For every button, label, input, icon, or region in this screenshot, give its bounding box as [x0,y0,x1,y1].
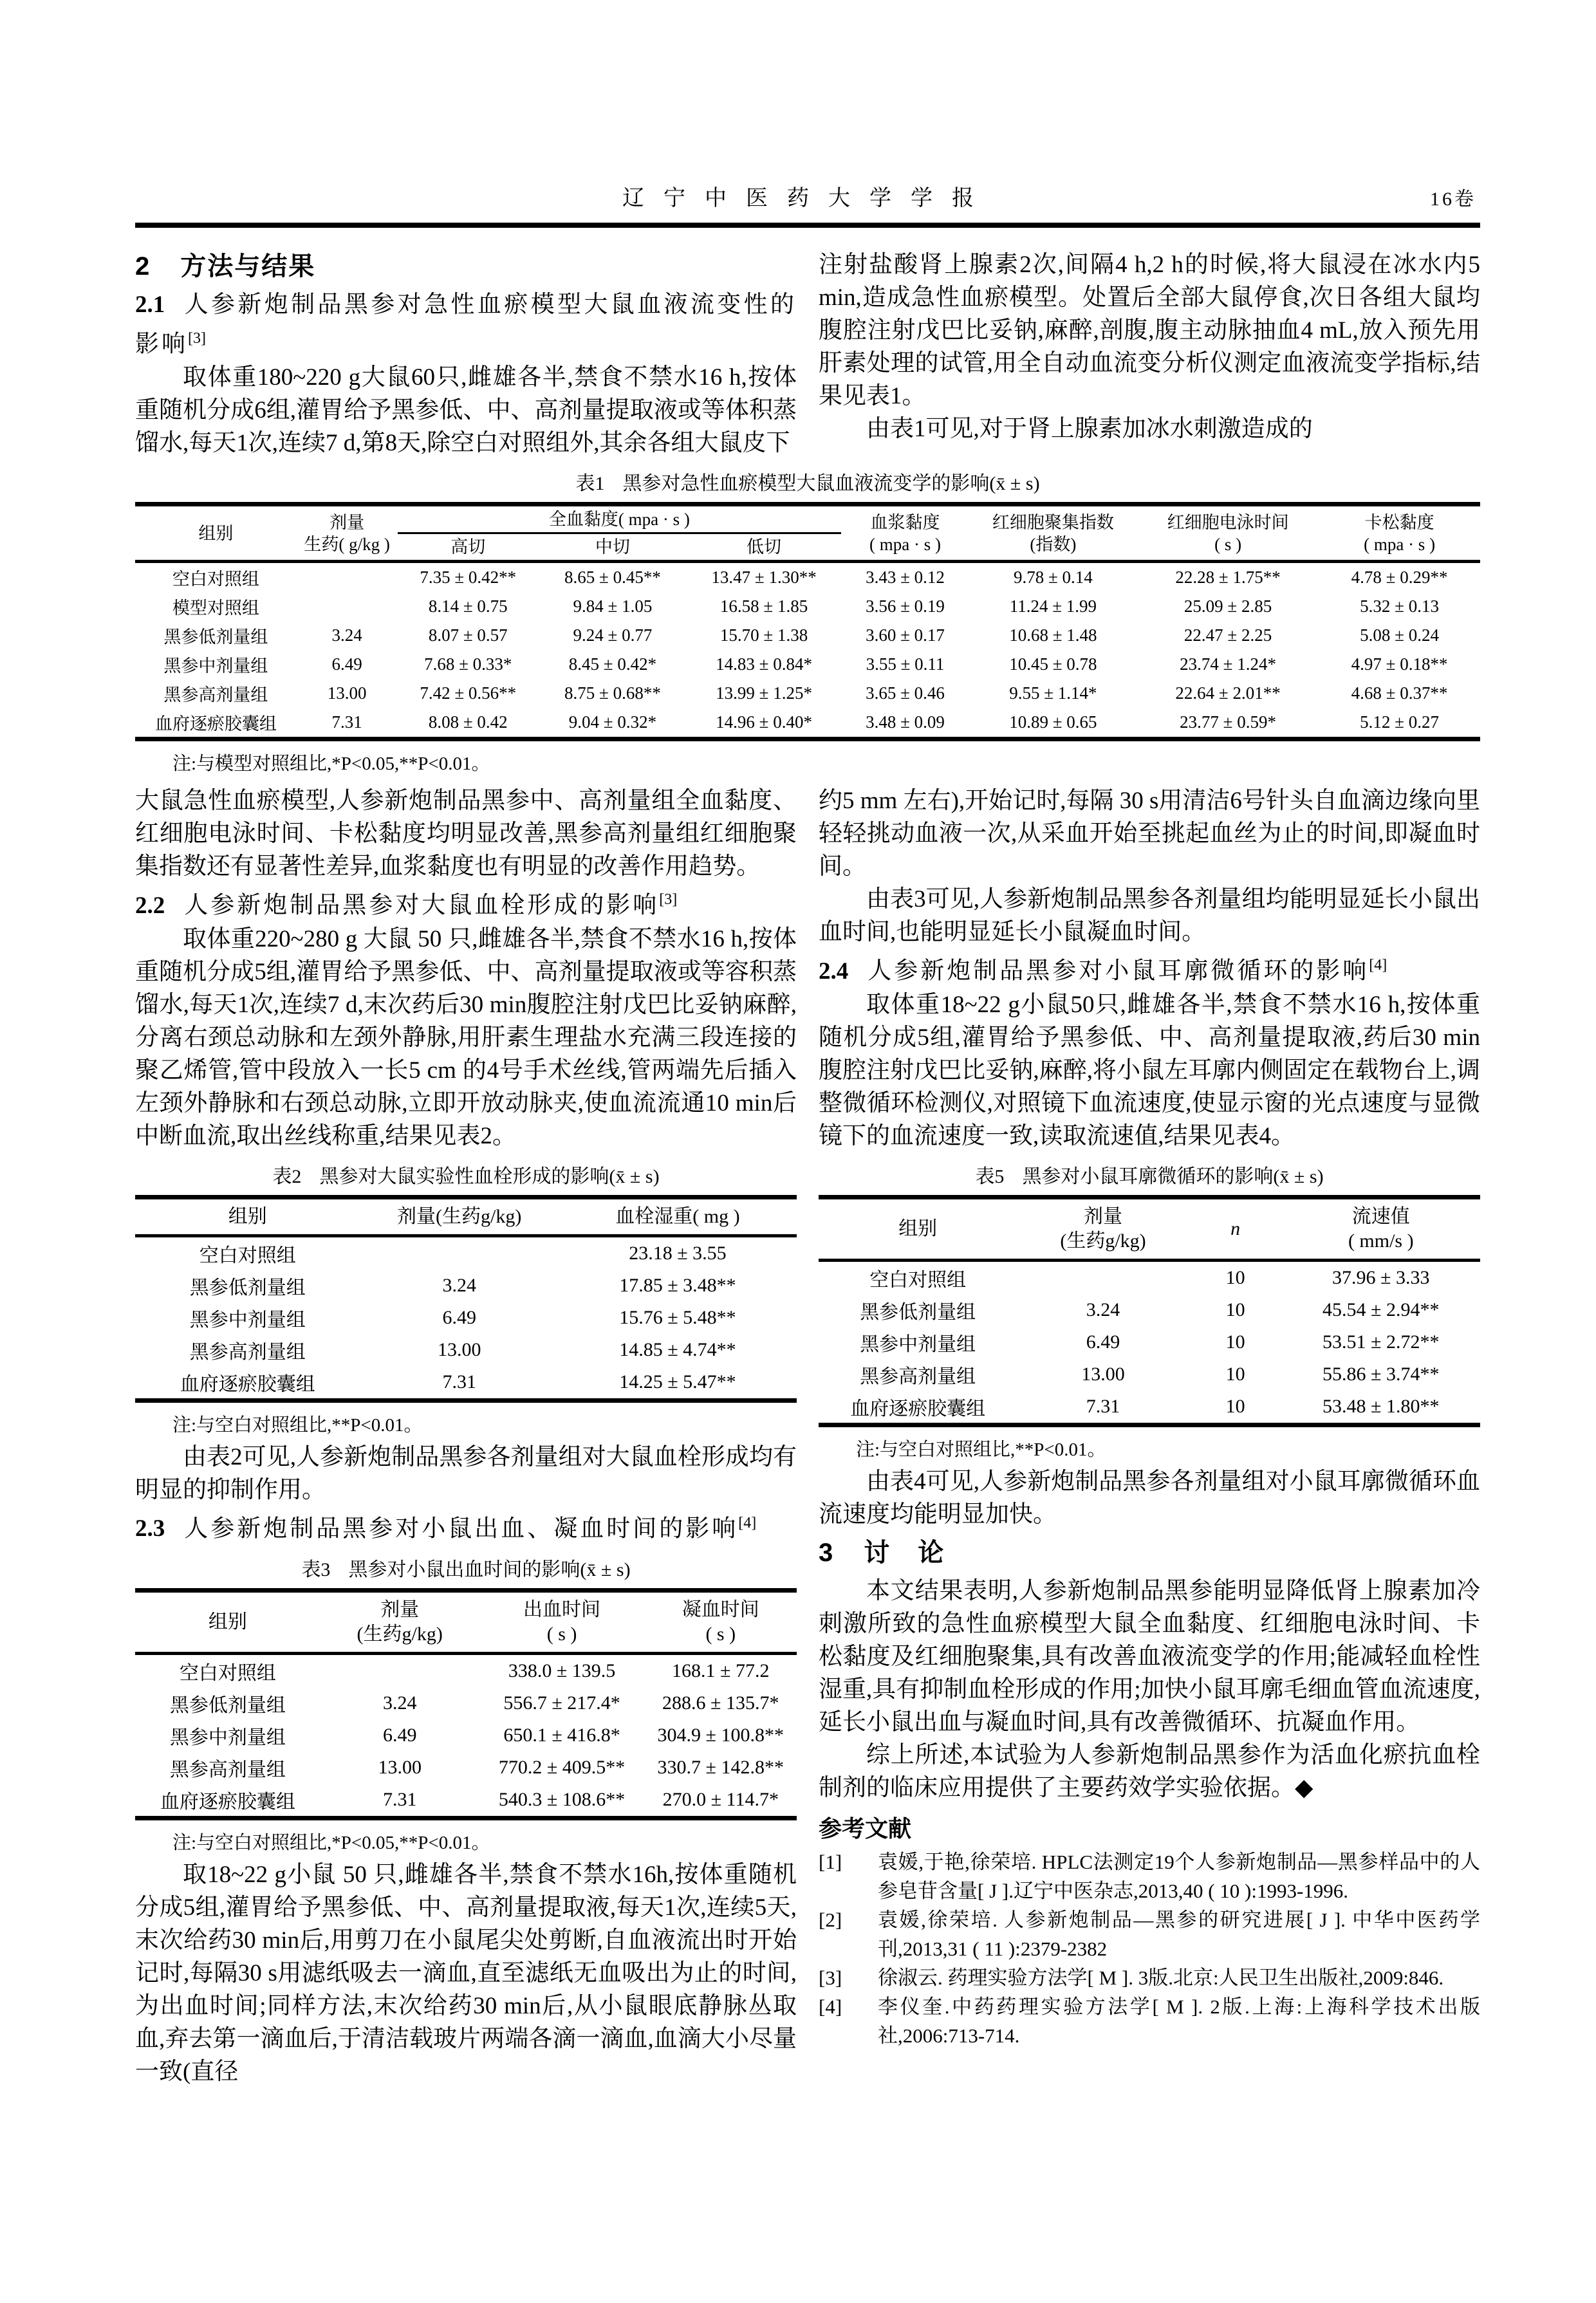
citation-marker: [3] [188,330,206,347]
header-line: ( mm/s ) [1285,1229,1478,1253]
cell: 14.25 ± 5.47** [559,1366,797,1401]
cell: 8.75 ± 0.68** [539,679,687,708]
cell: 7.31 [1017,1391,1189,1425]
cell [320,1653,479,1687]
cell: 黑参高剂量组 [135,1752,320,1784]
cell: 8.14 ± 0.75 [398,592,539,621]
cell: 9.84 ± 1.05 [539,592,687,621]
cell: 770.2 ± 409.5** [479,1752,645,1784]
col-header-clotting-time: 凝血时间( s ) [645,1590,797,1653]
col-header-dose: 剂量(生药g/kg) [360,1197,559,1235]
table-row: 血府逐瘀胶囊组7.3114.25 ± 5.47** [135,1366,797,1401]
volume-number: 16卷 [1430,183,1476,211]
cell: 黑参高剂量组 [135,1334,360,1366]
col-header-whole-blood-viscosity: 全血黏度( mpa · s ) [398,504,842,533]
cell: 556.7 ± 217.4* [479,1687,645,1719]
table3-block: 表3黑参对小鼠出血时间的影响(x̄ ± s) 组别 剂量(生药g/kg) 出血时… [135,1553,797,1854]
cell: 10.89 ± 0.65 [969,708,1137,739]
cell: 9.55 ± 1.14* [969,679,1137,708]
cell: 空白对照组 [135,1235,360,1270]
reference-label: [4] [819,1992,878,2050]
table-header-row: 组别 剂量生药( g/kg ) 全血黏度( mpa · s ) 血浆黏度( mp… [135,504,1480,533]
table5: 组别 剂量(生药g/kg) n 流速值( mm/s ) 空白对照组1037.96… [819,1195,1480,1427]
col-header-bleeding-time: 出血时间( s ) [479,1590,645,1653]
reference-label: [1] [819,1847,878,1905]
section-2-1-heading: 2.1人参新炮制品黑参对急性血瘀模型大鼠血液流变性的影响[3] [135,288,797,361]
table5-block: 表5黑参对小鼠耳廓微循环的影响(x̄ ± s) 组别 剂量(生药g/kg) n … [819,1160,1480,1461]
cell: 10 [1189,1358,1282,1391]
table1-note: 注:与模型对照组比,*P<0.05,**P<0.01。 [135,749,1480,775]
col-header-dose: 剂量生药( g/kg ) [297,504,398,562]
cell: 3.24 [360,1270,559,1302]
table-row: 黑参低剂量组3.24556.7 ± 217.4*288.6 ± 135.7* [135,1687,797,1719]
cell: 3.60 ± 0.17 [841,621,969,650]
cell: 168.1 ± 77.2 [645,1653,797,1687]
cell: 黑参中剂量组 [819,1326,1017,1358]
table-row: 血府逐瘀胶囊组7.31540.3 ± 108.6**270.0 ± 114.7* [135,1784,797,1818]
table5-body: 空白对照组1037.96 ± 3.33 黑参低剂量组3.241045.54 ± … [819,1260,1480,1425]
table5-caption: 表5黑参对小鼠耳廓微循环的影响(x̄ ± s) [819,1160,1480,1188]
table2-block: 表2黑参对大鼠实验性血栓形成的影响(x̄ ± s) 组别 剂量(生药g/kg) … [135,1160,797,1437]
table-row: 血府逐瘀胶囊组7.318.08 ± 0.429.04 ± 0.32*14.96 … [135,708,1480,739]
header-line: 红细胞电泳时间 [1140,512,1316,533]
cell: 7.35 ± 0.42** [398,562,539,593]
header-rule [135,223,1480,228]
cell: 空白对照组 [135,562,297,593]
columns-bottom: 大鼠急性血瘀模型,人参新炮制品黑参中、高剂量组全血黏度、红细胞电泳时间、卡松黏度… [135,784,1480,2088]
cell: 黑参低剂量组 [135,621,297,650]
table3-caption: 表3黑参对小鼠出血时间的影响(x̄ ± s) [135,1553,797,1582]
cell: 304.9 ± 100.8** [645,1719,797,1752]
cell: 13.00 [297,679,398,708]
table3-body: 空白对照组338.0 ± 139.5168.1 ± 77.2 黑参低剂量组3.2… [135,1653,797,1818]
table2-note: 注:与空白对照组比,**P<0.01。 [135,1410,797,1437]
cell: 血府逐瘀胶囊组 [135,1784,320,1818]
cell [1017,1260,1189,1294]
table-row: 黑参低剂量组3.2417.85 ± 3.48** [135,1270,797,1302]
cell: 黑参中剂量组 [135,1302,360,1334]
paragraph: 大鼠急性血瘀模型,人参新炮制品黑参中、高剂量组全血黏度、红细胞电泳时间、卡松黏度… [135,784,797,883]
cell: 13.00 [360,1334,559,1366]
section-2-4-heading: 2.4人参新炮制品黑参对小鼠耳廓微循环的影响[4] [819,948,1480,988]
header-line: 剂量 [299,512,395,533]
cell: 13.00 [1017,1358,1189,1391]
right-column-bottom: 约5 mm 左右),开始记时,每隔 30 s用清洁6号针头自血滴边缘向里轻轻挑动… [819,784,1480,2088]
cell: 3.65 ± 0.46 [841,679,969,708]
table-label: 表3 [301,1559,330,1580]
cell: 黑参低剂量组 [135,1687,320,1719]
table-row: 黑参高剂量组13.0014.85 ± 4.74** [135,1334,797,1366]
cell: 338.0 ± 139.5 [479,1653,645,1687]
columns-top: 2方法与结果 2.1人参新炮制品黑参对急性血瘀模型大鼠血液流变性的影响[3] 取… [135,248,1480,459]
col-header-group: 组别 [135,1197,360,1235]
header-line: ( mpa · s ) [844,533,967,555]
cell: 黑参中剂量组 [135,650,297,679]
cell: 10 [1189,1294,1282,1326]
table-title: 黑参对小鼠出血时间的影响(x̄ ± s) [348,1559,630,1580]
section-number: 2 [135,252,151,281]
cell: 空白对照组 [135,1653,320,1687]
cell: 9.78 ± 0.14 [969,562,1137,593]
table-row: 黑参高剂量组13.001055.86 ± 3.74** [819,1358,1480,1391]
cell: 6.49 [320,1719,479,1752]
col-header-dose: 剂量(生药g/kg) [1017,1197,1189,1260]
reference-text: 袁媛,于艳,徐荣培. HPLC法测定19个人参新炮制品—黑参样品中的人参皂苷含量… [878,1847,1480,1905]
col-header-low-shear: 低切 [687,533,841,562]
left-column-top: 2方法与结果 2.1人参新炮制品黑参对急性血瘀模型大鼠血液流变性的影响[3] 取… [135,248,797,459]
table-row: 空白对照组7.35 ± 0.42**8.65 ± 0.45**13.47 ± 1… [135,562,1480,593]
cell: 11.24 ± 1.99 [969,592,1137,621]
cell: 4.68 ± 0.37** [1319,679,1480,708]
section-title: 讨 论 [864,1539,945,1567]
col-header-rbc-aggregation: 红细胞聚集指数(指数) [969,504,1137,562]
cell: 3.56 ± 0.19 [841,592,969,621]
table-row: 黑参低剂量组3.241045.54 ± 2.94** [819,1294,1480,1326]
table-header-row: 组别 剂量(生药g/kg) n 流速值( mm/s ) [819,1197,1480,1260]
reference-label: [3] [819,1963,878,1992]
section-number: 2.4 [819,958,848,985]
header-line: ( s ) [647,1622,794,1647]
cell: 53.48 ± 1.80** [1282,1391,1480,1425]
table2-header: 组别 剂量(生药g/kg) 血栓湿重( mg ) [135,1197,797,1235]
cell: 7.31 [320,1784,479,1818]
table-row: 黑参中剂量组6.497.68 ± 0.33*8.45 ± 0.42*14.83 … [135,650,1480,679]
header-line: 剂量 [1019,1205,1186,1229]
col-header-electrophoresis-time: 红细胞电泳时间( s ) [1137,504,1319,562]
cell: 3.24 [320,1687,479,1719]
col-header-plasma-viscosity: 血浆黏度( mpa · s ) [841,504,969,562]
references-heading: 参考文献 [819,1811,1480,1844]
reference-item: [3]徐淑云. 药理实验方法学[ M ]. 3版.北京:人民卫生出版社,2009… [819,1963,1480,1992]
cell: 650.1 ± 416.8* [479,1719,645,1752]
cell: 9.24 ± 0.77 [539,621,687,650]
cell: 5.32 ± 0.13 [1319,592,1480,621]
cell: 23.77 ± 0.59* [1137,708,1319,739]
reference-text: 李仪奎.中药药理实验方法学[ M ]. 2版.上海:上海科学技术出版社,2006… [878,1992,1480,2050]
table-row: 黑参中剂量组6.491053.51 ± 2.72** [819,1326,1480,1358]
table5-header: 组别 剂量(生药g/kg) n 流速值( mm/s ) [819,1197,1480,1260]
table-row: 模型对照组8.14 ± 0.759.84 ± 1.0516.58 ± 1.853… [135,592,1480,621]
cell: 黑参高剂量组 [819,1358,1017,1391]
paragraph: 综上所述,本试验为人参新炮制品黑参作为活血化瘀抗血栓制剂的临床应用提供了主要药效… [819,1739,1480,1804]
table-label: 表1 [575,473,604,494]
cell: 血府逐瘀胶囊组 [819,1391,1017,1425]
table1-block: 表1黑参对急性血瘀模型大鼠血液流变学的影响(x̄ ± s) 组别 剂量生药( g… [135,467,1480,775]
cell: 7.31 [360,1366,559,1401]
cell: 血府逐瘀胶囊组 [135,708,297,739]
table-label: 表2 [272,1166,301,1187]
cell: 23.74 ± 1.24* [1137,650,1319,679]
table-row: 黑参低剂量组3.248.07 ± 0.579.24 ± 0.7715.70 ± … [135,621,1480,650]
reference-item: [4]李仪奎.中药药理实验方法学[ M ]. 2版.上海:上海科学技术出版社,2… [819,1992,1480,2050]
cell: 6.49 [360,1302,559,1334]
header-line: ( mpa · s ) [1321,533,1478,555]
paragraph: 取18~22 g小鼠 50 只,雌雄各半,禁食不禁水16h,按体重随机分成5组,… [135,1858,797,2088]
paragraph: 取体重220~280 g 大鼠 50 只,雌雄各半,禁食不禁水16 h,按体重随… [135,923,797,1152]
table2-caption: 表2黑参对大鼠实验性血栓形成的影响(x̄ ± s) [135,1160,797,1188]
cell: 9.04 ± 0.32* [539,708,687,739]
header-line: 红细胞聚集指数 [972,512,1135,533]
citation-marker: [3] [659,891,677,908]
cell: 血府逐瘀胶囊组 [135,1366,360,1401]
cell: 8.07 ± 0.57 [398,621,539,650]
cell: 13.00 [320,1752,479,1784]
reference-item: [2]袁媛,徐荣培. 人参新炮制品—黑参的研究进展[ J ]. 中华中医药学刊,… [819,1905,1480,1963]
header-line: (生药g/kg) [323,1622,477,1647]
paragraph: 由表1可见,对于肾上腺素加冰水刺激造成的 [819,412,1480,445]
section-2-3-heading: 2.3人参新炮制品黑参对小鼠出血、凝血时间的影响[4] [135,1506,797,1546]
cell: 黑参低剂量组 [135,1270,360,1302]
running-head: 辽宁中医药大学学报 16卷 [135,180,1480,210]
citation-marker: [4] [1369,957,1387,974]
table-row: 黑参中剂量组6.4915.76 ± 5.48** [135,1302,797,1334]
cell: 17.85 ± 3.48** [559,1270,797,1302]
col-header-group: 组别 [819,1197,1017,1260]
header-line: 卡松黏度 [1321,512,1478,533]
col-header-thrombus-wet-weight: 血栓湿重( mg ) [559,1197,797,1235]
reference-text: 袁媛,徐荣培. 人参新炮制品—黑参的研究进展[ J ]. 中华中医药学刊,201… [878,1905,1480,1963]
cell: 4.78 ± 0.29** [1319,562,1480,593]
cell: 37.96 ± 3.33 [1282,1260,1480,1294]
section-2-heading: 2方法与结果 [135,248,797,284]
table2-body: 空白对照组23.18 ± 3.55 黑参低剂量组3.2417.85 ± 3.48… [135,1235,797,1400]
cell: 15.76 ± 5.48** [559,1302,797,1334]
cell: 10 [1189,1326,1282,1358]
cell [297,562,398,593]
cell: 330.7 ± 142.8** [645,1752,797,1784]
table-row: 空白对照组23.18 ± 3.55 [135,1235,797,1270]
cell: 15.70 ± 1.38 [687,621,841,650]
paragraph: 本文结果表明,人参新炮制品黑参能明显降低肾上腺素加冷刺激所致的急性血瘀模型大鼠全… [819,1575,1480,1739]
cell: 8.08 ± 0.42 [398,708,539,739]
cell: 6.49 [297,650,398,679]
cell: 288.6 ± 135.7* [645,1687,797,1719]
cell: 黑参高剂量组 [135,679,297,708]
col-header-high-shear: 高切 [398,533,539,562]
table1-body: 空白对照组7.35 ± 0.42**8.65 ± 0.45**13.47 ± 1… [135,562,1480,739]
section-number: 2.2 [135,893,165,919]
table-row: 空白对照组1037.96 ± 3.33 [819,1260,1480,1294]
cell: 黑参低剂量组 [819,1294,1017,1326]
header-line: 血浆黏度 [844,512,967,533]
cell: 8.65 ± 0.45** [539,562,687,593]
table-header-row: 组别 剂量(生药g/kg) 血栓湿重( mg ) [135,1197,797,1235]
paragraph: 约5 mm 左右),开始记时,每隔 30 s用清洁6号针头自血滴边缘向里轻轻挑动… [819,784,1480,883]
cell: 5.08 ± 0.24 [1319,621,1480,650]
cell: 53.51 ± 2.72** [1282,1326,1480,1358]
cell: 22.64 ± 2.01** [1137,679,1319,708]
table-row: 黑参高剂量组13.00770.2 ± 409.5**330.7 ± 142.8*… [135,1752,797,1784]
cell: 4.97 ± 0.18** [1319,650,1480,679]
header-line: 剂量 [323,1598,477,1622]
cell: 黑参中剂量组 [135,1719,320,1752]
cell: 23.18 ± 3.55 [559,1235,797,1270]
journal-title: 辽宁中医药大学学报 [622,187,993,210]
table5-note: 注:与空白对照组比,**P<0.01。 [819,1435,1480,1461]
section-2-2-heading: 2.2人参新炮制品黑参对大鼠血栓形成的影响[3] [135,883,797,922]
paragraph: 取体重180~220 g大鼠60只,雌雄各半,禁食不禁水16 h,按体重随机分成… [135,361,797,459]
section-title: 人参新炮制品黑参对大鼠血栓形成的影响 [184,893,659,919]
cell [297,592,398,621]
table3-note: 注:与空白对照组比,*P<0.05,**P<0.01。 [135,1828,797,1854]
cell: 13.47 ± 1.30** [687,562,841,593]
cell: 3.55 ± 0.11 [841,650,969,679]
cell: 14.83 ± 0.84* [687,650,841,679]
table-row: 空白对照组338.0 ± 139.5168.1 ± 77.2 [135,1653,797,1687]
cell: 3.24 [297,621,398,650]
col-header-mid-shear: 中切 [539,533,687,562]
header-line: (生药g/kg) [1019,1229,1186,1253]
header-line: 生药( g/kg ) [299,533,395,555]
table1: 组别 剂量生药( g/kg ) 全血黏度( mpa · s ) 血浆黏度( mp… [135,502,1480,741]
cell: 7.68 ± 0.33* [398,650,539,679]
cell [360,1235,559,1270]
header-line: 凝血时间 [647,1598,794,1622]
section-number: 2.1 [135,291,165,318]
table2: 组别 剂量(生药g/kg) 血栓湿重( mg ) 空白对照组23.18 ± 3.… [135,1195,797,1403]
reference-label: [2] [819,1905,878,1963]
col-header-group: 组别 [135,1590,320,1653]
cell: 22.28 ± 1.75** [1137,562,1319,593]
header-line: 出血时间 [482,1598,642,1622]
cell: 7.31 [297,708,398,739]
right-column-top: 注射盐酸肾上腺素2次,间隔4 h,2 h的时候,将大鼠浸在冰水内5 min,造成… [819,248,1480,459]
col-header-flow-velocity: 流速值( mm/s ) [1282,1197,1480,1260]
table-label: 表5 [975,1166,1004,1187]
reference-item: [1]袁媛,于艳,徐荣培. HPLC法测定19个人参新炮制品—黑参样品中的人参皂… [819,1847,1480,1905]
table-row: 黑参高剂量组13.007.42 ± 0.56**8.75 ± 0.68**13.… [135,679,1480,708]
table-header-row: 组别 剂量(生药g/kg) 出血时间( s ) 凝血时间( s ) [135,1590,797,1653]
paragraph: 取体重18~22 g小鼠50只,雌雄各半,禁食不禁水16 h,按体重随机分成5组… [819,988,1480,1152]
col-header-group: 组别 [135,504,297,562]
paragraph: 由表4可见,人参新炮制品黑参各剂量组对小鼠耳廓微循环血流速度均能明显加快。 [819,1465,1480,1531]
cell: 13.99 ± 1.25* [687,679,841,708]
cell: 空白对照组 [819,1260,1017,1294]
cell: 55.86 ± 3.74** [1282,1358,1480,1391]
cell: 3.43 ± 0.12 [841,562,969,593]
paragraph: 由表3可见,人参新炮制品黑参各剂量组均能明显延长小鼠出血时间,也能明显延长小鼠凝… [819,883,1480,948]
cell: 22.47 ± 2.25 [1137,621,1319,650]
paragraph: 注射盐酸肾上腺素2次,间隔4 h,2 h的时候,将大鼠浸在冰水内5 min,造成… [819,248,1480,412]
citation-marker: [4] [738,1515,756,1531]
cell: 25.09 ± 2.85 [1137,592,1319,621]
section-number: 2.3 [135,1515,165,1542]
section-title: 人参新炮制品黑参对小鼠耳廓微循环的影响 [868,958,1369,985]
col-header-n: n [1189,1197,1282,1260]
cell: 7.42 ± 0.56** [398,679,539,708]
cell: 10.68 ± 1.48 [969,621,1137,650]
header-line: 流速值 [1285,1205,1478,1229]
section-title: 方法与结果 [180,252,315,281]
cell: 模型对照组 [135,592,297,621]
table-row: 黑参中剂量组6.49650.1 ± 416.8*304.9 ± 100.8** [135,1719,797,1752]
col-header-casson-viscosity: 卡松黏度( mpa · s ) [1319,504,1480,562]
table3: 组别 剂量(生药g/kg) 出血时间( s ) 凝血时间( s ) 空白对照组3… [135,1588,797,1820]
section-title: 人参新炮制品黑参对小鼠出血、凝血时间的影响 [184,1515,738,1542]
table-title: 黑参对小鼠耳廓微循环的影响(x̄ ± s) [1022,1166,1323,1187]
header-line: ( s ) [482,1622,642,1647]
cell: 5.12 ± 0.27 [1319,708,1480,739]
cell: 10 [1189,1391,1282,1425]
journal-page: 辽宁中医药大学学报 16卷 2方法与结果 2.1人参新炮制品黑参对急性血瘀模型大… [0,0,1596,2088]
cell: 270.0 ± 114.7* [645,1784,797,1818]
left-column-bottom: 大鼠急性血瘀模型,人参新炮制品黑参中、高剂量组全血黏度、红细胞电泳时间、卡松黏度… [135,784,797,2088]
table-row: 血府逐瘀胶囊组7.311053.48 ± 1.80** [819,1391,1480,1425]
cell: 10 [1189,1260,1282,1294]
cell: 540.3 ± 108.6** [479,1784,645,1818]
cell: 16.58 ± 1.85 [687,592,841,621]
table-title: 黑参对大鼠实验性血栓形成的影响(x̄ ± s) [319,1166,659,1187]
paragraph: 由表2可见,人参新炮制品黑参各剂量组对大鼠血栓形成均有明显的抑制作用。 [135,1441,797,1506]
col-header-dose: 剂量(生药g/kg) [320,1590,479,1653]
cell: 3.48 ± 0.09 [841,708,969,739]
cell: 45.54 ± 2.94** [1282,1294,1480,1326]
table1-header: 组别 剂量生药( g/kg ) 全血黏度( mpa · s ) 血浆黏度( mp… [135,504,1480,562]
table3-header: 组别 剂量(生药g/kg) 出血时间( s ) 凝血时间( s ) [135,1590,797,1653]
reference-text: 徐淑云. 药理实验方法学[ M ]. 3版.北京:人民卫生出版社,2009:84… [878,1963,1480,1992]
section-title: 人参新炮制品黑参对急性血瘀模型大鼠血液流变性的影响 [135,291,797,357]
cell: 10.45 ± 0.78 [969,650,1137,679]
cell: 3.24 [1017,1294,1189,1326]
header-line: (指数) [972,533,1135,555]
table1-caption: 表1黑参对急性血瘀模型大鼠血液流变学的影响(x̄ ± s) [135,467,1480,495]
table-title: 黑参对急性血瘀模型大鼠血液流变学的影响(x̄ ± s) [622,473,1039,494]
cell: 8.45 ± 0.42* [539,650,687,679]
cell: 14.96 ± 0.40* [687,708,841,739]
cell: 14.85 ± 4.74** [559,1334,797,1366]
section-3-heading: 3讨 论 [819,1535,1480,1571]
header-line: ( s ) [1140,533,1316,555]
section-number: 3 [819,1539,834,1567]
cell: 6.49 [1017,1326,1189,1358]
